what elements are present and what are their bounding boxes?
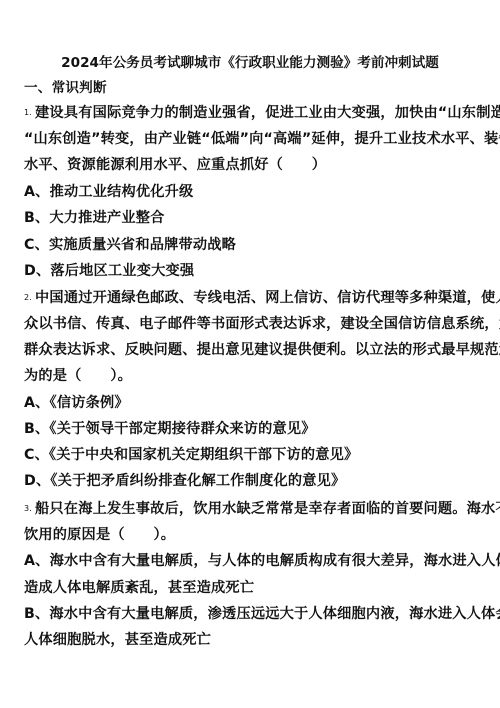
question-1-line-1: 1.建设具有国际竞争力的制造业强省，促进工业由大变强，加快由“山东制造”向 bbox=[24, 104, 500, 122]
question-1-line-2: “山东创造”转变，由产业链“低端”向“高端”延伸，提升工业技术水平、装备 bbox=[24, 130, 500, 148]
question-2-line-2: 众以书信、传真、电子邮件等书面形式表达诉求，建设全国信访信息系统，为人民 bbox=[24, 315, 500, 333]
question-1-option-b: B、大力推进产业整合 bbox=[24, 209, 165, 227]
question-2-line-1: 2.中国通过开通绿色邮政、专线电活、网上信访、信访代理等多种渠道，使人民群 bbox=[24, 289, 500, 307]
question-2-option-c: C、《关于中央和国家机关定期组织干部下访的意见》 bbox=[24, 446, 358, 464]
document-title: 2024年公务员考试聊城市《行政职业能力测验》考前冲刺试题 bbox=[0, 51, 500, 71]
question-3-option-b-line-1: B、海水中含有大量电解质，渗透压远远大于人体细胞内液，海水进入人体会造成 bbox=[24, 605, 500, 623]
question-3-option-a-line-1: A、海水中含有大量电解质，与人体的电解质构成有很大差异，海水进入人体后会 bbox=[24, 552, 500, 570]
question-3-option-a-line-2: 造成人体电解质紊乱，甚至造成死亡 bbox=[24, 579, 254, 597]
question-1-option-d: D、落后地区工业变大变强 bbox=[24, 262, 194, 280]
question-2-option-d: D、《关于把矛盾纠纷排查化解工作制度化的意见》 bbox=[24, 472, 345, 490]
question-3-option-b-line-2: 人体细胞脱水，甚至造成死亡 bbox=[24, 631, 211, 649]
question-1-option-c: C、实施质量兴省和品牌带动战略 bbox=[24, 236, 236, 254]
question-1-option-a: A、推动工业结构优化升级 bbox=[24, 183, 193, 201]
question-2-line-4: 为的是（ ）。 bbox=[24, 367, 132, 385]
question-3-line-2: 饮用的原因是（ ）。 bbox=[24, 526, 175, 544]
section-heading: 一、常识判断 bbox=[24, 79, 107, 97]
question-3-line-1: 3.船只在海上发生事故后，饮用水缺乏常常是幸存者面临的首要问题。海水不可以 bbox=[24, 500, 500, 518]
question-2-option-b: B、《关于领导干部定期接待群众来访的意见》 bbox=[24, 420, 316, 438]
question-2-line-3: 群众表达诉求、反映问题、提出意见建议提供便利。以立法的形式最早规范这一行 bbox=[24, 341, 500, 359]
question-number: 2. bbox=[24, 293, 32, 302]
question-number: 3. bbox=[24, 504, 32, 513]
question-2-option-a: A、《信访条例》 bbox=[24, 394, 129, 412]
question-number: 1. bbox=[24, 108, 32, 117]
question-1-line-3: 水平、资源能源利用水平、应重点抓好（ ） bbox=[24, 156, 326, 174]
